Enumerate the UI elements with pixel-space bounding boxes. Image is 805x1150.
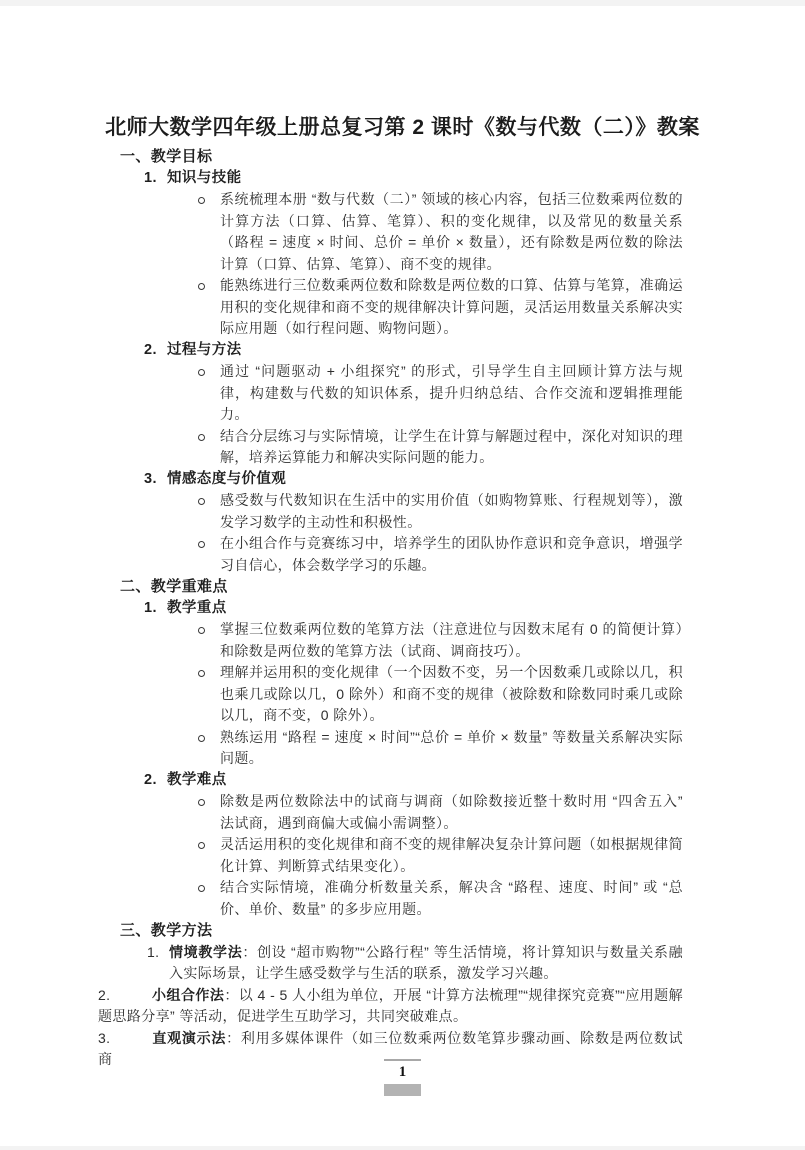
circle-bullet-icon xyxy=(198,283,205,290)
method-number: 1. xyxy=(147,942,159,964)
method-text: ：创设 “超市购物”“公路行程” 等生活情境，将计算知识与数量关系融入实际场景，… xyxy=(169,944,683,982)
bullet-text: 掌握三位数乘两位数的笔算方法（注意进位与因数末尾有 0 的简便计算）和除数是两位… xyxy=(220,621,683,659)
section-heading: 一、教学目标 xyxy=(120,146,683,168)
circle-bullet-icon xyxy=(198,498,205,505)
method-number: 2. xyxy=(98,985,152,1007)
bullet-item: 理解并运用积的变化规律（一个因数不变，另一个因数乘几或除以几，积也乘几或除以几，… xyxy=(97,662,683,727)
method-label: 小组合作法 xyxy=(152,987,224,1003)
bullet-item: 通过 “问题驱动 + 小组探究” 的形式，引导学生自主回顾计算方法与规律，构建数… xyxy=(97,361,683,426)
bullet-item: 系统梳理本册 “数与代数（二）” 领域的核心内容，包括三位数乘两位数的计算方法（… xyxy=(97,189,683,275)
circle-bullet-icon xyxy=(198,627,205,634)
section-heading: 三、教学方法 xyxy=(120,920,683,942)
method-item: 1.情境教学法：创设 “超市购物”“公路行程” 等生活情境，将计算知识与数量关系… xyxy=(97,942,683,985)
bullet-text: 灵活运用积的变化规律和商不变的规律解决复杂计算问题（如根据规律简化计算、判断算式… xyxy=(220,836,683,874)
bullet-item: 灵活运用积的变化规律和商不变的规律解决复杂计算问题（如根据规律简化计算、判断算式… xyxy=(97,834,683,877)
subsection-heading: 2.教学难点 xyxy=(144,770,683,792)
bullet-text: 除数是两位数除法中的试商与调商（如除数接近整十数时用 “四舍五入” 法试商，遇到… xyxy=(220,793,683,831)
method-item: 2.小组合作法：以 4 - 5 人小组为单位，开展 “计算方法梳理”“规律探究竞… xyxy=(98,985,683,1028)
circle-bullet-icon xyxy=(198,799,205,806)
circle-bullet-icon xyxy=(198,197,205,204)
bullet-text: 熟练运用 “路程 = 速度 × 时间”“总价 = 单价 × 数量” 等数量关系解… xyxy=(220,729,683,767)
document-page: 北师大数学四年级上册总复习第 2 课时《数与代数（二）》教案 一、教学目标1.知… xyxy=(0,6,805,1146)
subsection-number: 2. xyxy=(144,770,167,792)
subsection-heading: 1.知识与技能 xyxy=(144,168,683,190)
subsection-title: 教学难点 xyxy=(167,770,227,792)
bullet-text: 系统梳理本册 “数与代数（二）” 领域的核心内容，包括三位数乘两位数的计算方法（… xyxy=(220,191,683,272)
bullet-text: 通过 “问题驱动 + 小组探究” 的形式，引导学生自主回顾计算方法与规律，构建数… xyxy=(220,363,683,422)
subsection-number: 1. xyxy=(144,168,167,190)
bullet-item: 结合分层练习与实际情境，让学生在计算与解题过程中，深化对知识的理解，培养运算能力… xyxy=(97,426,683,469)
bullet-text: 结合实际情境，准确分析数量关系，解决含 “路程、速度、时间” 或 “总价、单价、… xyxy=(220,879,683,917)
page-number: 1 xyxy=(399,1065,407,1080)
circle-bullet-icon xyxy=(198,670,205,677)
bullet-item: 熟练运用 “路程 = 速度 × 时间”“总价 = 单价 × 数量” 等数量关系解… xyxy=(97,727,683,770)
subsection-number: 2. xyxy=(144,340,167,362)
bullet-item: 除数是两位数除法中的试商与调商（如除数接近整十数时用 “四舍五入” 法试商，遇到… xyxy=(97,791,683,834)
bullet-item: 结合实际情境，准确分析数量关系，解决含 “路程、速度、时间” 或 “总价、单价、… xyxy=(97,877,683,920)
page-footer: 1 xyxy=(0,1059,805,1096)
bullet-item: 感受数与代数知识在生活中的实用价值（如购物算账、行程规划等），激发学习数学的主动… xyxy=(97,490,683,533)
bullet-item: 掌握三位数乘两位数的笔算方法（注意进位与因数末尾有 0 的简便计算）和除数是两位… xyxy=(97,619,683,662)
subsection-number: 1. xyxy=(144,598,167,620)
footer-divider xyxy=(384,1059,421,1061)
method-number: 3. xyxy=(98,1028,152,1050)
bullet-text: 感受数与代数知识在生活中的实用价值（如购物算账、行程规划等），激发学习数学的主动… xyxy=(220,492,683,530)
circle-bullet-icon xyxy=(198,735,205,742)
subsection-heading: 3.情感态度与价值观 xyxy=(144,469,683,491)
document-content: 一、教学目标1.知识与技能系统梳理本册 “数与代数（二）” 领域的核心内容，包括… xyxy=(0,146,805,1071)
subsection-title: 情感态度与价值观 xyxy=(167,469,286,491)
circle-bullet-icon xyxy=(198,541,205,548)
circle-bullet-icon xyxy=(198,369,205,376)
section-heading: 二、教学重难点 xyxy=(120,576,683,598)
circle-bullet-icon xyxy=(198,434,205,441)
subsection-title: 过程与方法 xyxy=(167,340,242,362)
subsection-title: 知识与技能 xyxy=(167,168,242,190)
subsection-heading: 1.教学重点 xyxy=(144,598,683,620)
bullet-text: 理解并运用积的变化规律（一个因数不变，另一个因数乘几或除以几，积也乘几或除以几，… xyxy=(220,664,683,723)
bullet-text: 能熟练进行三位数乘两位数和除数是两位数的口算、估算与笔算，准确运用积的变化规律和… xyxy=(220,277,683,336)
circle-bullet-icon xyxy=(198,842,205,849)
subsection-heading: 2.过程与方法 xyxy=(144,340,683,362)
bullet-text: 在小组合作与竞赛练习中，培养学生的团队协作意识和竞争意识，增强学习自信心，体会数… xyxy=(220,535,683,573)
document-title: 北师大数学四年级上册总复习第 2 课时《数与代数（二）》教案 xyxy=(0,114,805,142)
method-label: 直观演示法 xyxy=(152,1030,226,1046)
footer-box xyxy=(384,1084,421,1096)
bullet-item: 在小组合作与竞赛练习中，培养学生的团队协作意识和竞争意识，增强学习自信心，体会数… xyxy=(97,533,683,576)
subsection-title: 教学重点 xyxy=(167,598,227,620)
subsection-number: 3. xyxy=(144,469,167,491)
method-label: 情境教学法 xyxy=(169,944,242,960)
bullet-text: 结合分层练习与实际情境，让学生在计算与解题过程中，深化对知识的理解，培养运算能力… xyxy=(220,428,683,466)
circle-bullet-icon xyxy=(198,885,205,892)
bullet-item: 能熟练进行三位数乘两位数和除数是两位数的口算、估算与笔算，准确运用积的变化规律和… xyxy=(97,275,683,340)
